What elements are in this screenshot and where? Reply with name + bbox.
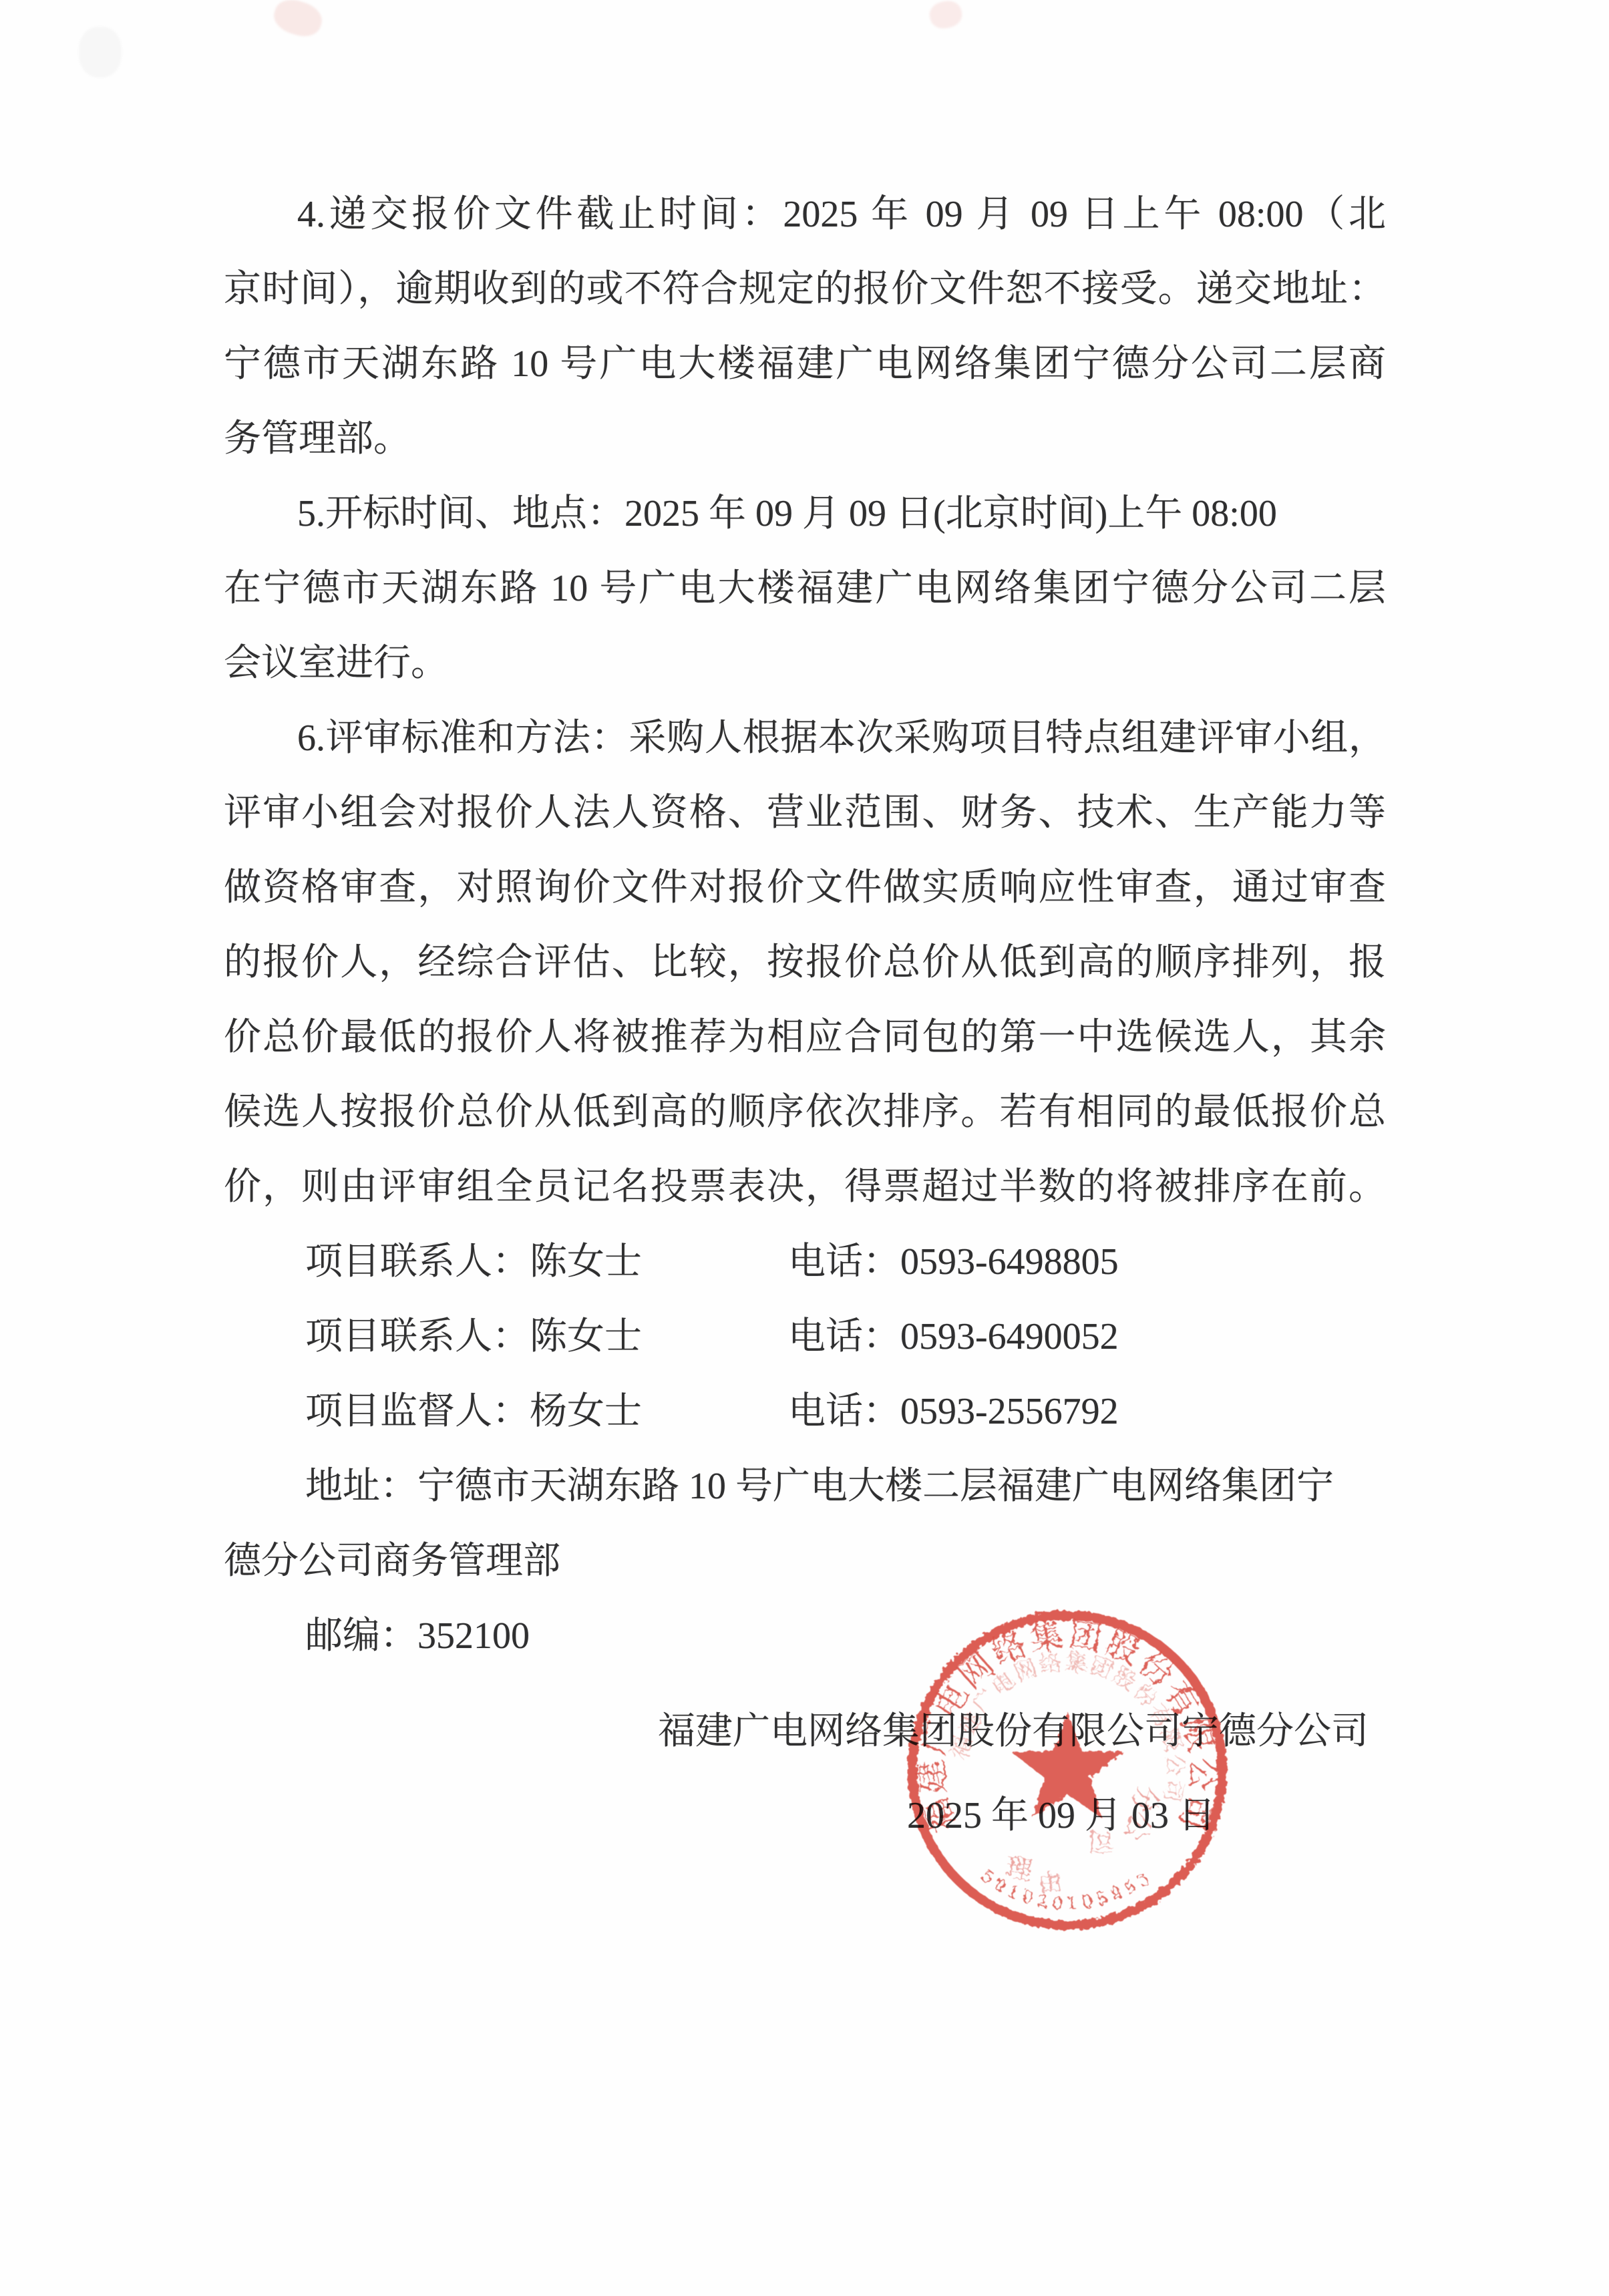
contact-label: 项目联系人：陈女士 [305,1241,642,1283]
body-line: 的报价人，经综合评估、比较，按报价总价从低到高的顺序排列，报 [224,925,1386,1000]
body-line: 6.评审标准和方法：采购人根据本次采购项目特点组建评审小组， [224,701,1386,776]
contact-label: 项目监督人：杨女士 [305,1391,642,1432]
address-line: 地址：宁德市天湖东路 10 号广电大楼二层福建广电网络集团宁 [224,1449,1386,1524]
body-line: 5.开标时间、地点：2025 年 09 月 09 日(北京时间)上午 08:00 [224,476,1386,551]
body-line: 在宁德市天湖东路 10 号广电大楼福建广电网络集团宁德分公司二层 [224,551,1386,626]
body-line: 宁德市天湖东路 10 号广电大楼福建广电网络集团宁德分公司二层商 [224,327,1386,401]
seal-graphics: 福建广电网络集团股份有限公司 福建广电网络集团股份有限公司 5010201058… [912,1615,1222,1925]
body-line: 京时间），逾期收到的或不符合规定的报价文件恕不接受。递交地址： [224,252,1386,327]
body-line: 务管理部。 [224,401,1386,476]
body-line: 4.递交报价文件截止时间：2025 年 09 月 09 日上午 08:00（北 [224,177,1386,252]
body-line: 价，则由评审组全员记名投票表决，得票超过半数的将被排序在前。 [224,1150,1386,1224]
body-line: 评审小组会对报价人法人资格、营业范围、财务、技术、生产能力等 [224,776,1386,850]
body-line: 做资格审查，对照询价文件对报价文件做实质响应性审查，通过审查 [224,850,1386,925]
body-line: 会议室进行。 [224,626,1386,701]
seal-ghost-glyph: 由 [1037,1868,1064,1897]
company-seal-stamp: 福建广电网络集团股份有限公司 福建广电网络集团股份有限公司 5010201058… [880,1583,1254,1957]
scan-smudge [79,27,122,77]
red-ink-speck [927,0,964,31]
contact-phone: 电话：0593-6498805 [788,1224,1119,1299]
contact-label: 项目联系人：陈女士 [305,1316,642,1357]
body-line: 候选人按报价总价从低到高的顺序依次排序。若有相同的最低报价总 [224,1075,1386,1150]
red-ink-speck [270,0,326,41]
contact-row: 项目联系人：陈女士电话：0593-6498805 [224,1224,1386,1299]
body-line: 价总价最低的报价人将被推荐为相应合同包的第一中选候选人，其余 [224,1000,1386,1075]
seal-star-icon [1011,1711,1123,1818]
contact-phone: 电话：0593-6490052 [788,1299,1119,1374]
seal-ghost-glyph: 司 [1087,1826,1115,1856]
contact-row: 项目监督人：杨女士电话：0593-2556792 [224,1374,1386,1449]
seal-ghost-glyph: 理 [1004,1852,1035,1886]
text-column: 4.递交报价文件截止时间：2025 年 09 月 09 日上午 08:00（北京… [224,177,1386,1673]
scanned-document-page: 4.递交报价文件截止时间：2025 年 09 月 09 日上午 08:00（北京… [0,0,1609,2296]
contact-phone: 电话：0593-2556792 [788,1374,1119,1449]
contact-row: 项目联系人：陈女士电话：0593-6490052 [224,1299,1386,1374]
seal-ghost-glyph: 分公 [1119,1782,1163,1844]
